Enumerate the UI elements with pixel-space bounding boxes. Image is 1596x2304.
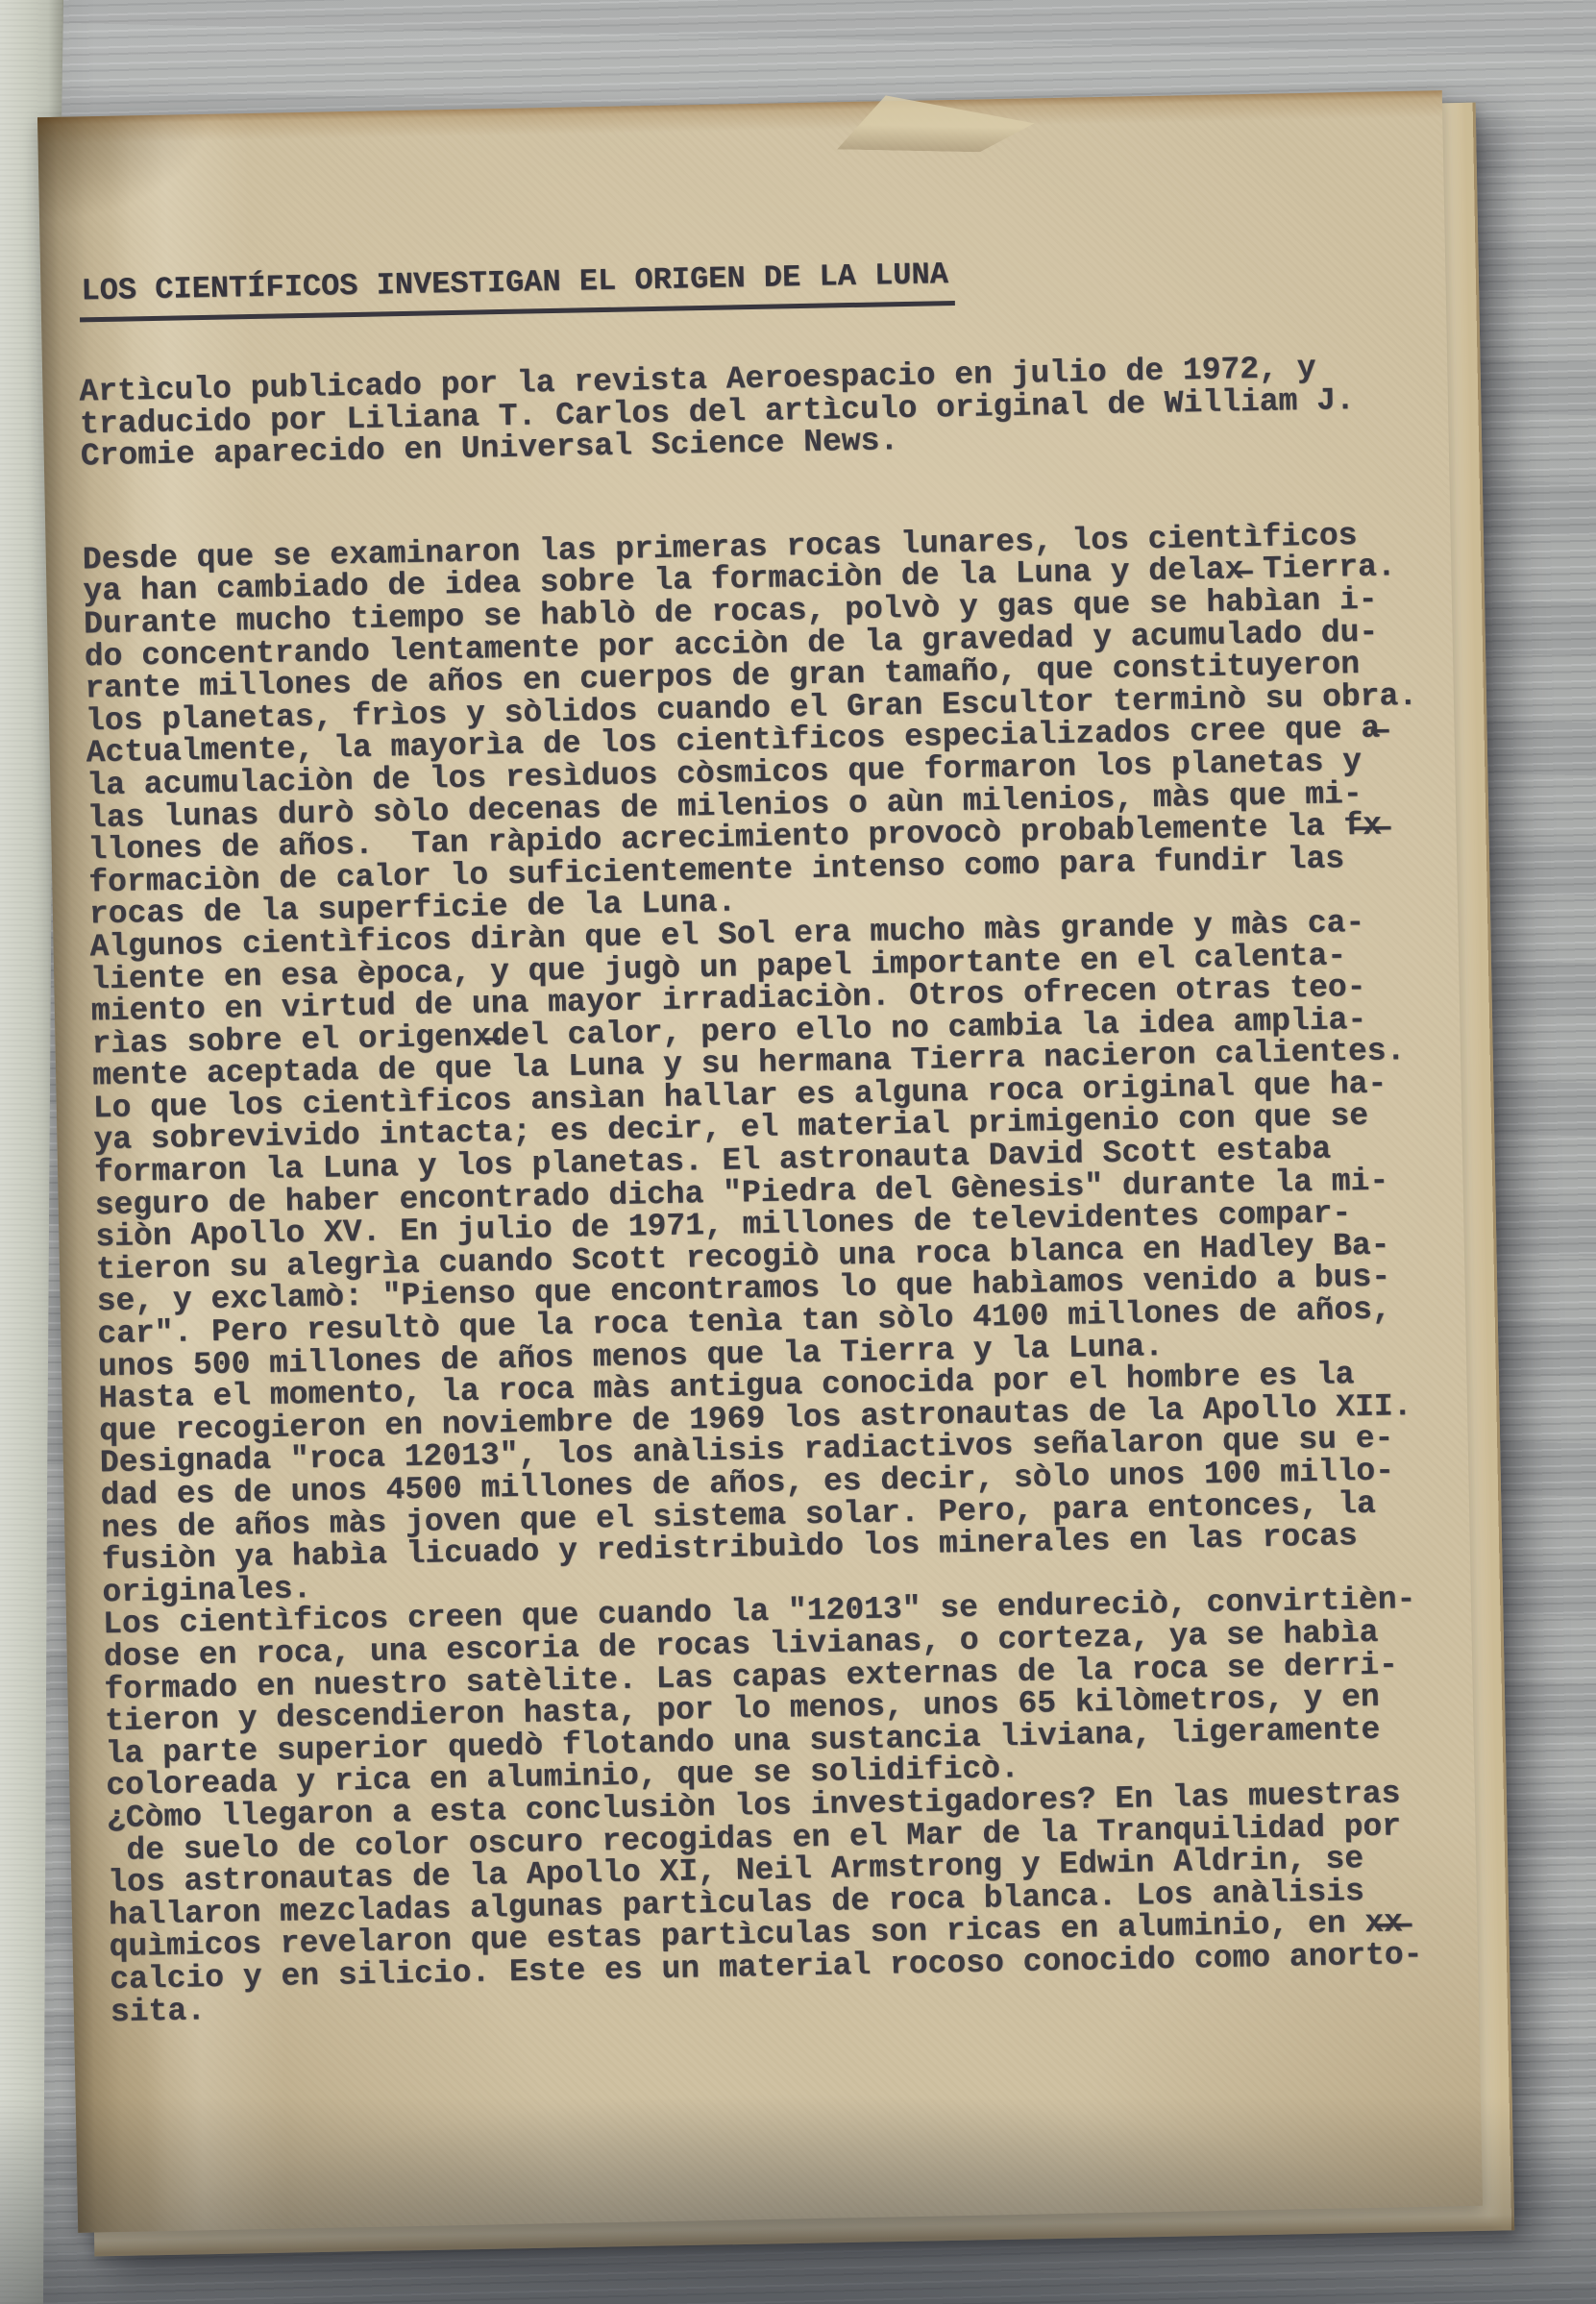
document-title: LOS CIENTÍFICOS INVESTIGAN EL ORIGEN DE … (79, 256, 954, 322)
photo-scene: LOS CIENTÍFICOS INVESTIGAN EL ORIGEN DE … (0, 0, 1596, 2304)
body-paragraph: Desde que se examinaron las primeras roc… (83, 518, 1460, 2028)
intro-paragraph: Artìculo publicado por la revista Aeroes… (79, 351, 1430, 474)
page-content: LOS CIENTÍFICOS INVESTIGAN EL ORIGEN DE … (37, 90, 1483, 2233)
document-page: LOS CIENTÍFICOS INVESTIGAN EL ORIGEN DE … (37, 90, 1483, 2233)
